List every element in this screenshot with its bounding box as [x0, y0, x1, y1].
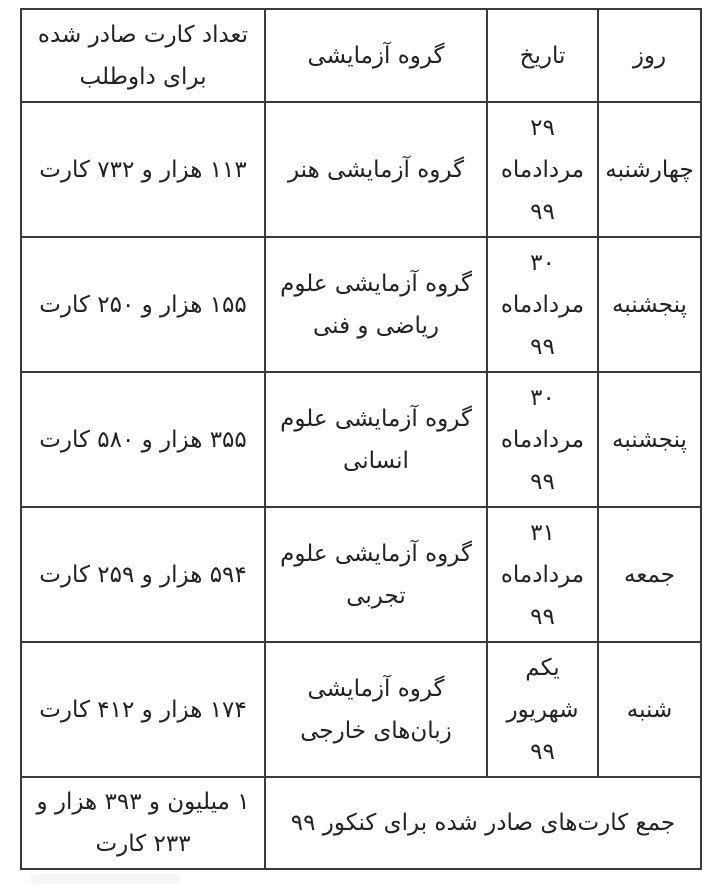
date-year: ۹۹: [492, 191, 593, 233]
total-label: جمع کارت‌های صادر شده برای کنکور ۹۹: [265, 777, 701, 869]
cell-day: چهارشنبه: [598, 102, 701, 237]
date-year: ۹۹: [492, 596, 593, 638]
date-month: مردادماه: [492, 554, 593, 596]
header-day: روز: [598, 9, 701, 102]
table-total-row: جمع کارت‌های صادر شده برای کنکور ۹۹ ۱ می…: [21, 777, 701, 869]
header-group: گروه آزمایشی: [265, 9, 487, 102]
cell-day: پنجشنبه: [598, 237, 701, 372]
date-day: ۳۰: [492, 377, 593, 419]
cell-count: ۳۵۵ هزار و ۵۸۰ کارت: [21, 372, 265, 507]
table-row: پنجشنبه ۳۰ مردادماه ۹۹ گروه آزمایشی علوم…: [21, 372, 701, 507]
cell-group: گروه آزمایشی علوم ریاضی و فنی: [265, 237, 487, 372]
table-row: پنجشنبه ۳۰ مردادماه ۹۹ گروه آزمایشی علوم…: [21, 237, 701, 372]
cell-day: جمعه: [598, 507, 701, 642]
date-year: ۹۹: [492, 461, 593, 503]
background-artifact: [30, 874, 180, 884]
cell-count: ۱۵۵ هزار و ۲۵۰ کارت: [21, 237, 265, 372]
cell-group: گروه آزمایشی علوم انسانی: [265, 372, 487, 507]
exam-card-schedule-table: روز تاریخ گروه آزمایشی تعداد کارت صادر ش…: [20, 8, 702, 870]
total-count: ۱ میلیون و ۳۹۳ هزار و ۲۳۳ کارت: [21, 777, 265, 869]
table-row: شنبه یکم شهریور ۹۹ گروه آزمایشی زبان‌های…: [21, 642, 701, 777]
header-date: تاریخ: [487, 9, 598, 102]
exam-card-table-container: روز تاریخ گروه آزمایشی تعداد کارت صادر ش…: [20, 8, 700, 870]
date-month: شهریور: [492, 689, 593, 731]
date-day: یکم: [492, 647, 593, 689]
cell-date: ۳۰ مردادماه ۹۹: [487, 372, 598, 507]
date-day: ۲۹: [492, 107, 593, 149]
cell-date: ۲۹ مردادماه ۹۹: [487, 102, 598, 237]
cell-count: ۵۹۴ هزار و ۲۵۹ کارت: [21, 507, 265, 642]
table-header-row: روز تاریخ گروه آزمایشی تعداد کارت صادر ش…: [21, 9, 701, 102]
date-month: مردادماه: [492, 149, 593, 191]
cell-day: پنجشنبه: [598, 372, 701, 507]
cell-day: شنبه: [598, 642, 701, 777]
cell-group: گروه آزمایشی علوم تجربی: [265, 507, 487, 642]
date-day: ۳۱: [492, 512, 593, 554]
table-row: چهارشنبه ۲۹ مردادماه ۹۹ گروه آزمایشی هنر…: [21, 102, 701, 237]
date-month: مردادماه: [492, 284, 593, 326]
date-day: ۳۰: [492, 242, 593, 284]
cell-count: ۱۷۴ هزار و ۴۱۲ کارت: [21, 642, 265, 777]
cell-date: یکم شهریور ۹۹: [487, 642, 598, 777]
header-count: تعداد کارت صادر شده برای داوطلب: [21, 9, 265, 102]
date-month: مردادماه: [492, 419, 593, 461]
cell-count: ۱۱۳ هزار و ۷۳۲ کارت: [21, 102, 265, 237]
date-year: ۹۹: [492, 326, 593, 368]
cell-date: ۳۰ مردادماه ۹۹: [487, 237, 598, 372]
cell-date: ۳۱ مردادماه ۹۹: [487, 507, 598, 642]
table-row: جمعه ۳۱ مردادماه ۹۹ گروه آزمایشی علوم تج…: [21, 507, 701, 642]
cell-group: گروه آزمایشی هنر: [265, 102, 487, 237]
cell-group: گروه آزمایشی زبان‌های خارجی: [265, 642, 487, 777]
date-year: ۹۹: [492, 731, 593, 773]
